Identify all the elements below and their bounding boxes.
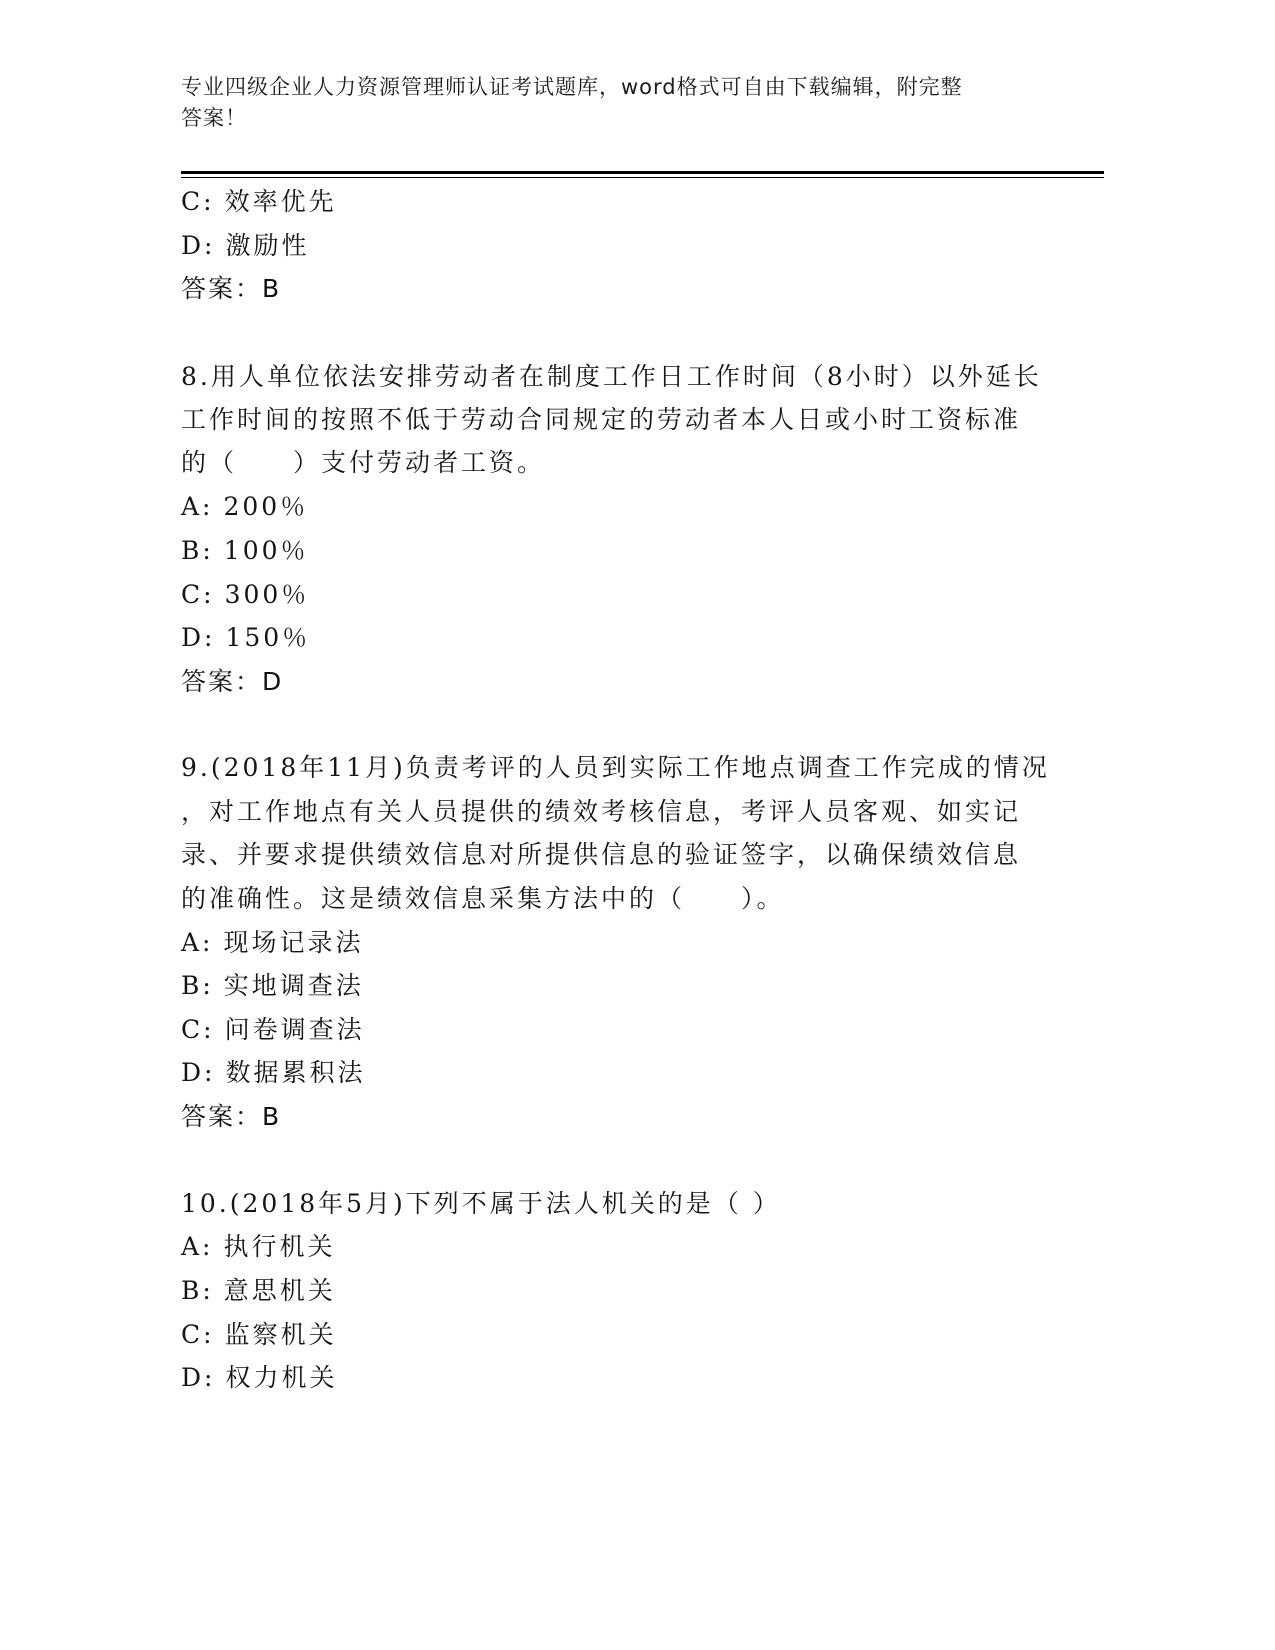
- q8-option-d: D:150％: [181, 623, 310, 653]
- option-label: C:: [181, 1015, 215, 1044]
- option-label: A:: [181, 1232, 213, 1261]
- q8-option-c: C:300％: [181, 580, 309, 610]
- prev-option-c: C:效率优先: [181, 187, 337, 217]
- q9-stem-line-3: 录、并要求提供绩效信息对所提供信息的验证签字，以确保绩效信息: [181, 840, 1021, 870]
- header-line-1: 专业四级企业人力资源管理师认证考试题库，word格式可自由下载编辑，附完整: [181, 72, 1041, 103]
- header-divider-thick: [181, 171, 1104, 174]
- prev-answer: 答案：B: [181, 274, 281, 304]
- q8-option-b: B:100％: [181, 536, 309, 566]
- option-text: 意思机关: [224, 1276, 336, 1305]
- option-label: A:: [181, 928, 213, 957]
- option-text: 权力机关: [225, 1363, 337, 1392]
- q10-stem-line-1: 10.(2018年5月)下列不属于法人机关的是（ ）: [181, 1189, 781, 1219]
- q9-stem-line-2: ，对工作地点有关人员提供的绩效考核信息，考评人员客观、如实记: [181, 797, 1021, 827]
- option-label: D:: [181, 1363, 215, 1392]
- option-text: 200％: [223, 492, 308, 521]
- q9-option-c: C:问卷调查法: [181, 1015, 365, 1045]
- q10-option-a: A:执行机关: [181, 1232, 336, 1262]
- q9-option-d: D:数据累积法: [181, 1058, 365, 1088]
- q8-answer: 答案：D: [181, 667, 283, 697]
- option-label: B:: [181, 971, 214, 1000]
- q8-stem-line-3: 的（ ）支付劳动者工资。: [181, 448, 545, 478]
- option-label: C:: [181, 187, 215, 216]
- option-label: B:: [181, 1276, 214, 1305]
- option-text: 效率优先: [225, 187, 337, 216]
- option-label: D:: [181, 623, 215, 652]
- option-text: 激励性: [225, 231, 309, 260]
- option-text: 100％: [224, 536, 309, 565]
- option-label: D:: [181, 231, 215, 260]
- option-text: 监察机关: [225, 1320, 337, 1349]
- option-text: 300％: [225, 580, 310, 609]
- option-text: 数据累积法: [225, 1058, 365, 1087]
- q8-stem-line-2: 工作时间的按照不低于劳动合同规定的劳动者本人日或小时工资标准: [181, 405, 1021, 435]
- q10-option-b: B:意思机关: [181, 1276, 336, 1306]
- q9-answer: 答案：B: [181, 1102, 281, 1132]
- q10-option-c: C:监察机关: [181, 1320, 337, 1350]
- option-text: 实地调查法: [224, 971, 364, 1000]
- option-text: 问卷调查法: [225, 1015, 365, 1044]
- option-text: 现场记录法: [223, 928, 363, 957]
- q8-stem-line-1: 8.用人单位依法安排劳动者在制度工作日工作时间（8小时）以外延长: [181, 362, 1042, 392]
- option-label: D:: [181, 1058, 215, 1087]
- q9-option-b: B:实地调查法: [181, 971, 364, 1001]
- q10-option-d: D:权力机关: [181, 1363, 337, 1393]
- document-page: 专业四级企业人力资源管理师认证考试题库，word格式可自由下载编辑，附完整 答案…: [0, 0, 1275, 1650]
- option-label: C:: [181, 580, 215, 609]
- option-label: C:: [181, 1320, 215, 1349]
- prev-option-d: D:激励性: [181, 231, 309, 261]
- header-line-2: 答案！: [181, 103, 1041, 134]
- option-label: A:: [181, 492, 213, 521]
- q9-option-a: A:现场记录法: [181, 928, 364, 958]
- document-header: 专业四级企业人力资源管理师认证考试题库，word格式可自由下载编辑，附完整 答案…: [181, 72, 1041, 134]
- q9-stem-line-4: 的准确性。这是绩效信息采集方法中的（ ）。: [181, 884, 785, 914]
- option-label: B:: [181, 536, 214, 565]
- q8-option-a: A:200％: [181, 492, 308, 522]
- option-text: 执行机关: [223, 1232, 335, 1261]
- option-text: 150％: [225, 623, 310, 652]
- q9-stem-line-1: 9.(2018年11月)负责考评的人员到实际工作地点调查工作完成的情况: [181, 753, 1050, 783]
- header-divider-thin: [181, 177, 1104, 178]
